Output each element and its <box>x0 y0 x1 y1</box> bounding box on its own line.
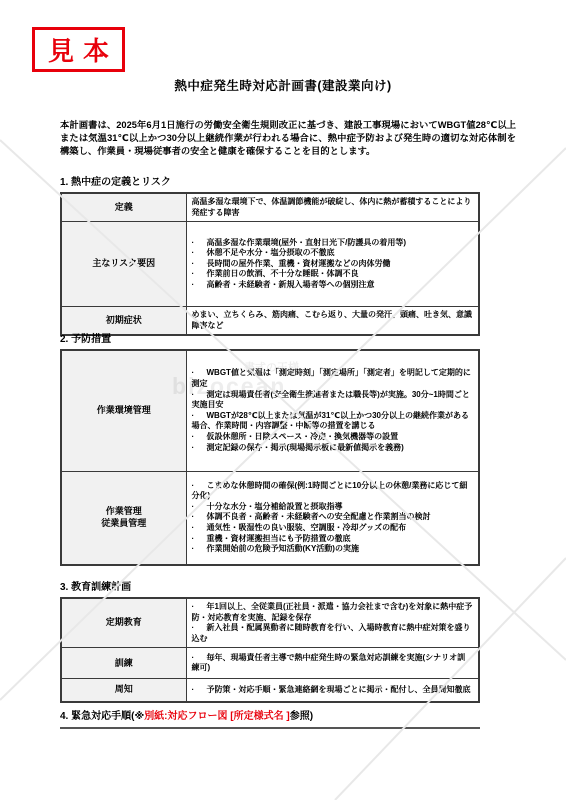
bullet-item: ·WBGT値と気温は「測定時刻」「測定場所」「測定者」を明記して定期的に測定 <box>192 368 474 389</box>
section-3-table: 定期教育·年1回以上、全従業員(正社員・派遣・協力会社まで含む)を対象に熱中症予… <box>60 597 480 703</box>
row-content: ·年1回以上、全従業員(正社員・派遣・協力会社まで含む)を対象に熱中症予防・対応… <box>186 598 479 648</box>
row-label: 定義 <box>61 193 186 222</box>
bullet-dot: · <box>192 368 207 379</box>
bullet-dot: · <box>192 502 207 513</box>
bullet-dot: · <box>192 259 207 270</box>
section-4-paren-close: 参照) <box>290 711 313 722</box>
bullet-dot: · <box>192 390 207 401</box>
section-4-heading: 4. 緊急対応手順(※別紙:対応フロー図 [所定様式名 ]参照) <box>60 711 480 729</box>
table-row: 作業環境管理·WBGT値と気温は「測定時刻」「測定場所」「測定者」を明記して定期… <box>61 350 479 471</box>
bullet-dot: · <box>192 481 207 492</box>
bullet-item: ·毎年、現場責任者主導で熱中症発生時の緊急対応訓練を実施(シナリオ訓練可) <box>192 653 474 674</box>
row-content: ·毎年、現場責任者主導で熱中症発生時の緊急対応訓練を実施(シナリオ訓練可) <box>186 648 479 679</box>
section-3: 3. 教育訓練計画定期教育·年1回以上、全従業員(正社員・派遣・協力会社まで含む… <box>60 582 480 703</box>
row-content: ·予防策・対応手順・緊急連絡網を現場ごとに掲示・配付し、全員周知徹底 <box>186 679 479 702</box>
bullet-item: ·高温多湿な作業環境(屋外・直射日光下/防護具の着用等) <box>192 238 474 249</box>
section-2-heading: 2. 予防措置 <box>60 334 480 346</box>
bullet-dot: · <box>192 269 207 280</box>
section-1-table: 定義高温多湿な環境下で、体温調節機能が破綻し、体内に熱が蓄積することにより発症す… <box>60 192 480 336</box>
table-row: 主なリスク要因·高温多湿な作業環境(屋外・直射日光下/防護具の着用等)·休憩不足… <box>61 222 479 307</box>
bullet-item: ·休憩不足や水分・塩分摂取の不徹底 <box>192 248 474 259</box>
bullet-dot: · <box>192 411 207 422</box>
bullet-dot: · <box>192 280 207 291</box>
section-1-heading: 1. 熱中症の定義とリスク <box>60 177 480 189</box>
table-row: 周知·予防策・対応手順・緊急連絡網を現場ごとに掲示・配付し、全員周知徹底 <box>61 679 479 702</box>
row-label: 初期症状 <box>61 307 186 336</box>
row-content: ·高温多湿な作業環境(屋外・直射日光下/防護具の着用等)·休憩不足や水分・塩分摂… <box>186 222 479 307</box>
bullet-dot: · <box>192 238 207 249</box>
section-4-reference-red-text: 別紙:対応フロー図 [所定様式名 ] <box>144 711 290 722</box>
bullet-item: ·体調不良者・高齢者・未経験者への安全配慮と作業割当の検討 <box>192 512 474 523</box>
section-2: 2. 予防措置作業環境管理·WBGT値と気温は「測定時刻」「測定場所」「測定者」… <box>60 334 480 566</box>
bullet-item: ·測定は現場責任者(安全衛生推進者または職長等)が実施。30分~1時間ごと実施目… <box>192 390 474 411</box>
section-3-heading: 3. 教育訓練計画 <box>60 582 480 594</box>
bullet-item: ·こまめな休憩時間の確保(例:1時間ごとに10分以上の休憩/業務に応じて細分化) <box>192 481 474 502</box>
table-row: 定義高温多湿な環境下で、体温調節機能が破綻し、体内に熱が蓄積することにより発症す… <box>61 193 479 222</box>
bullet-item: ·作業開始前の危険予知活動(KY活動)の実施 <box>192 544 474 555</box>
sample-stamp: 見本 <box>32 27 125 72</box>
bullet-item: ·年1回以上、全従業員(正社員・派遣・協力会社まで含む)を対象に熱中症予防・対応… <box>192 602 474 623</box>
bullet-dot: · <box>192 685 207 696</box>
page-title: 熱中症発生時対応計画書(建設業向け) <box>0 76 566 94</box>
table-row: 訓練·毎年、現場責任者主導で熱中症発生時の緊急対応訓練を実施(シナリオ訓練可) <box>61 648 479 679</box>
bullet-dot: · <box>192 602 207 613</box>
bullet-item: ·通気性・吸湿性の良い服装、空調服・冷却グッズの配布 <box>192 523 474 534</box>
bullet-dot: · <box>192 544 207 555</box>
intro-paragraph: 本計画書は、2025年6月1日施行の労働安全衛生規則改正に基づき、建設工事現場に… <box>60 119 516 157</box>
text-item: 高温多湿な環境下で、体温調節機能が破綻し、体内に熱が蓄積することにより発症する障… <box>192 197 474 218</box>
bullet-item: ·仮設休憩所・日陰スペース・冷房・換気機器等の設置 <box>192 432 474 443</box>
row-label: 訓練 <box>61 648 186 679</box>
bullet-dot: · <box>192 653 207 664</box>
bullet-dot: · <box>192 248 207 259</box>
bullet-dot: · <box>192 534 207 545</box>
bullet-dot: · <box>192 443 207 454</box>
section-2-table: 作業環境管理·WBGT値と気温は「測定時刻」「測定場所」「測定者」を明記して定期… <box>60 349 480 566</box>
bullet-dot: · <box>192 512 207 523</box>
row-content: めまい、立ちくらみ、筋肉痛、こむら返り、大量の発汗、頭痛、吐き気、意識障害など <box>186 307 479 336</box>
bullet-item: ·作業前日の飲酒、不十分な睡眠・体調不良 <box>192 269 474 280</box>
bullet-item: ·重機・資材運搬担当にも予防措置の徹底 <box>192 534 474 545</box>
bullet-dot: · <box>192 623 207 634</box>
bullet-item: ·新入社員・配属異動者に随時教育を行い、入場時教育に熱中症対策を盛り込む <box>192 623 474 644</box>
bullet-item: ·長時間の屋外作業、重機・資材運搬などの肉体労働 <box>192 259 474 270</box>
section-1: 1. 熱中症の定義とリスク定義高温多湿な環境下で、体温調節機能が破綻し、体内に熱… <box>60 177 480 336</box>
row-label: 定期教育 <box>61 598 186 648</box>
table-row: 作業管理 従業員管理·こまめな休憩時間の確保(例:1時間ごとに10分以上の休憩/… <box>61 471 479 565</box>
table-row: 初期症状めまい、立ちくらみ、筋肉痛、こむら返り、大量の発汗、頭痛、吐き気、意識障… <box>61 307 479 336</box>
row-label: 主なリスク要因 <box>61 222 186 307</box>
bullet-dot: · <box>192 432 207 443</box>
bullet-item: ·十分な水分・塩分補給設置と摂取指導 <box>192 502 474 513</box>
sample-stamp-label: 見本 <box>48 31 118 68</box>
bullet-item: ·高齢者・未経験者・新規入場者等への個別注意 <box>192 280 474 291</box>
table-row: 定期教育·年1回以上、全従業員(正社員・派遣・協力会社まで含む)を対象に熱中症予… <box>61 598 479 648</box>
row-label: 作業環境管理 <box>61 350 186 471</box>
row-content: ·こまめな休憩時間の確保(例:1時間ごとに10分以上の休憩/業務に応じて細分化)… <box>186 471 479 565</box>
row-label: 周知 <box>61 679 186 702</box>
row-content: 高温多湿な環境下で、体温調節機能が破綻し、体内に熱が蓄積することにより発症する障… <box>186 193 479 222</box>
row-content: ·WBGT値と気温は「測定時刻」「測定場所」「測定者」を明記して定期的に測定·測… <box>186 350 479 471</box>
bullet-dot: · <box>192 523 207 534</box>
bullet-item: ·測定記録の保存・掲示(現場掲示板に最新値掲示を義務) <box>192 443 474 454</box>
bullet-item: ·予防策・対応手順・緊急連絡網を現場ごとに掲示・配付し、全員周知徹底 <box>192 685 474 696</box>
document-page: 見本 熱中症発生時対応計画書(建設業向け) 本計画書は、2025年6月1日施行の… <box>0 0 566 800</box>
bullet-item: ·WBGTが28℃以上または気温が31℃以上かつ30分以上の継続作業がある場合、… <box>192 411 474 432</box>
section-4-title: 4. 緊急対応手順 <box>60 711 131 722</box>
section-4-paren-open: (※ <box>131 711 144 722</box>
row-label: 作業管理 従業員管理 <box>61 471 186 565</box>
text-item: めまい、立ちくらみ、筋肉痛、こむら返り、大量の発汗、頭痛、吐き気、意識障害など <box>192 310 474 331</box>
